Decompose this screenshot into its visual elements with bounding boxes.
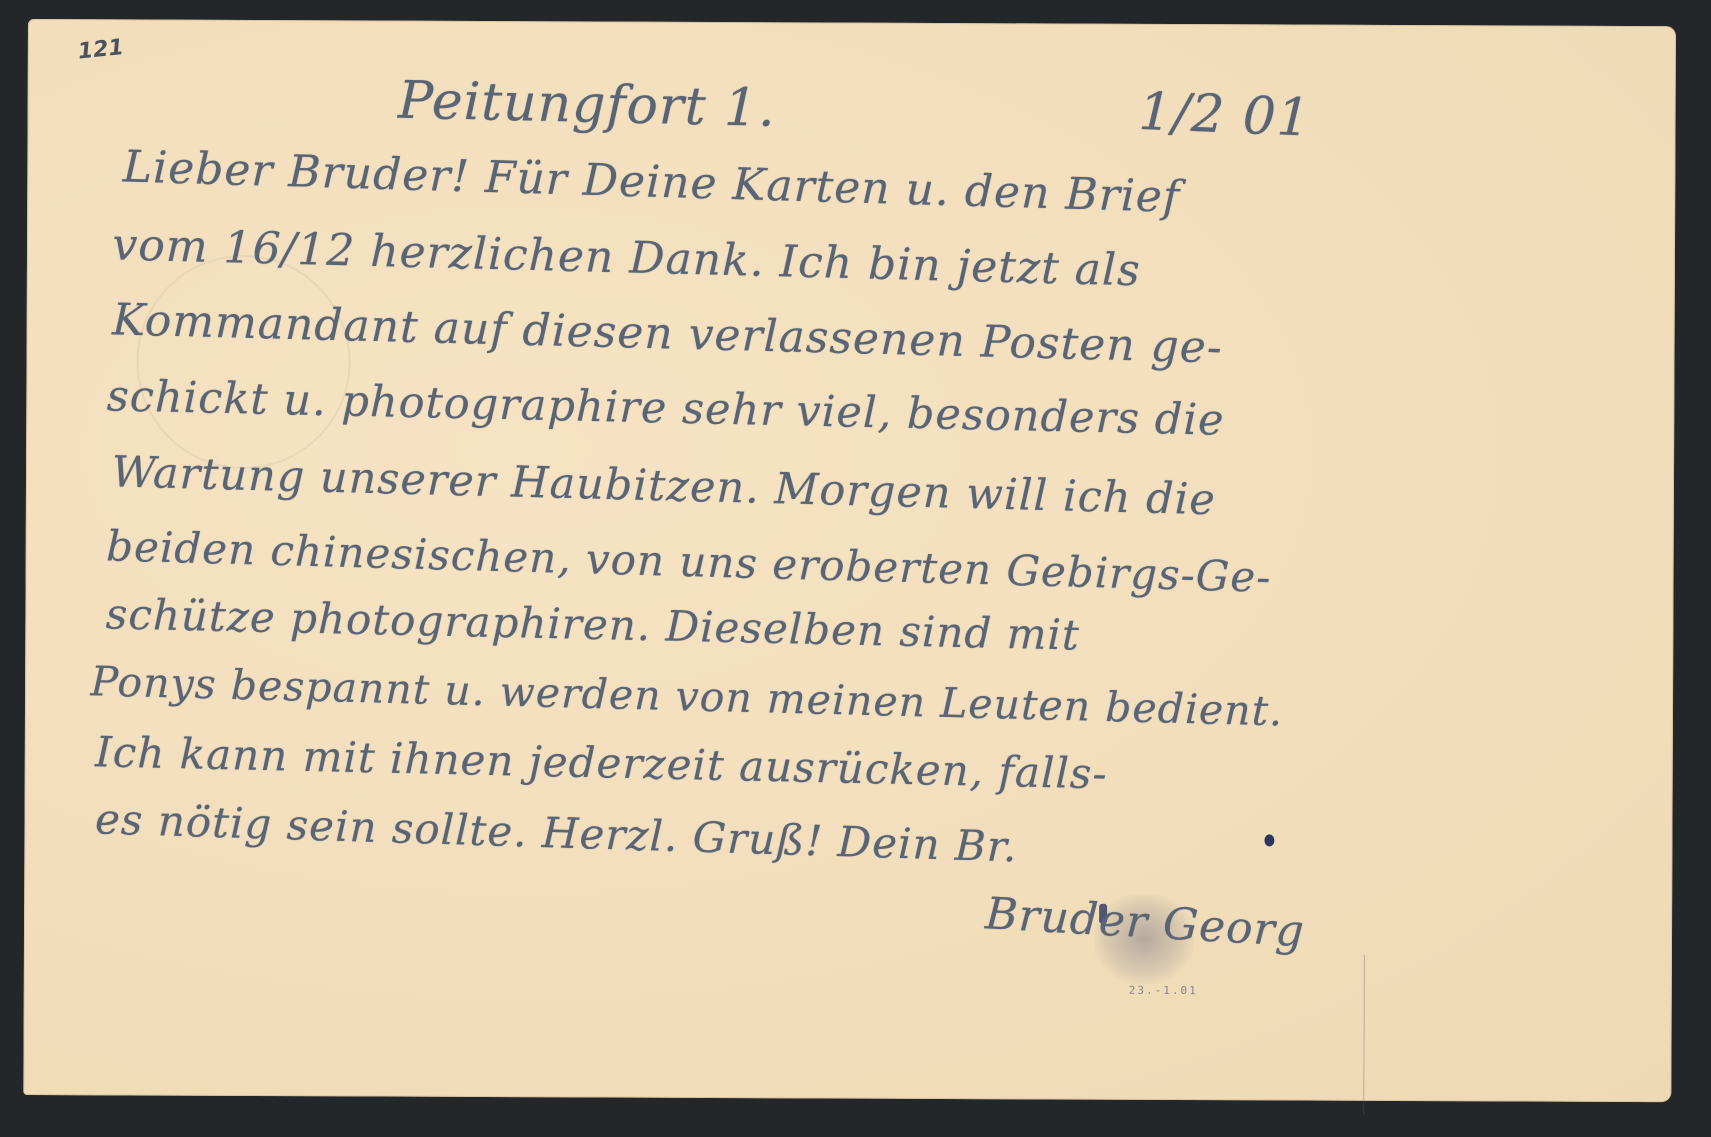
header-date: 1/2 01 bbox=[1137, 82, 1312, 149]
faint-postmark bbox=[136, 254, 351, 469]
letter-line-8: Ponys bespannt u. werden von meinen Leut… bbox=[90, 657, 1284, 735]
postcard: 23.-1.01 121 Peitungfort 1. 1/2 01 Liebe… bbox=[23, 19, 1676, 1102]
letter-line-7: schütze photographiren. Dieselben sind m… bbox=[105, 589, 1080, 659]
letter-line-10: es nötig sein sollte. Herzl. Gruß! Dein … bbox=[94, 794, 1018, 871]
letter-line-1: Lieber Bruder! Für Deine Karten u. den B… bbox=[122, 141, 1181, 222]
signature: Bruder Georg bbox=[984, 888, 1306, 957]
letter-line-9: Ich kann mit ihnen jederzeit ausrücken, … bbox=[95, 727, 1108, 798]
header-place: Peitungfort 1. bbox=[398, 71, 777, 139]
letter-line-5: Wartung unserer Haubitzen. Morgen will i… bbox=[111, 447, 1217, 525]
paper-crease bbox=[1363, 955, 1365, 1115]
letter-line-6: beiden chinesischen, von uns eroberten G… bbox=[106, 521, 1272, 602]
archive-number: 121 bbox=[77, 35, 125, 64]
stamp-date: 23.-1.01 bbox=[1129, 984, 1198, 997]
ink-dot bbox=[1264, 834, 1274, 846]
